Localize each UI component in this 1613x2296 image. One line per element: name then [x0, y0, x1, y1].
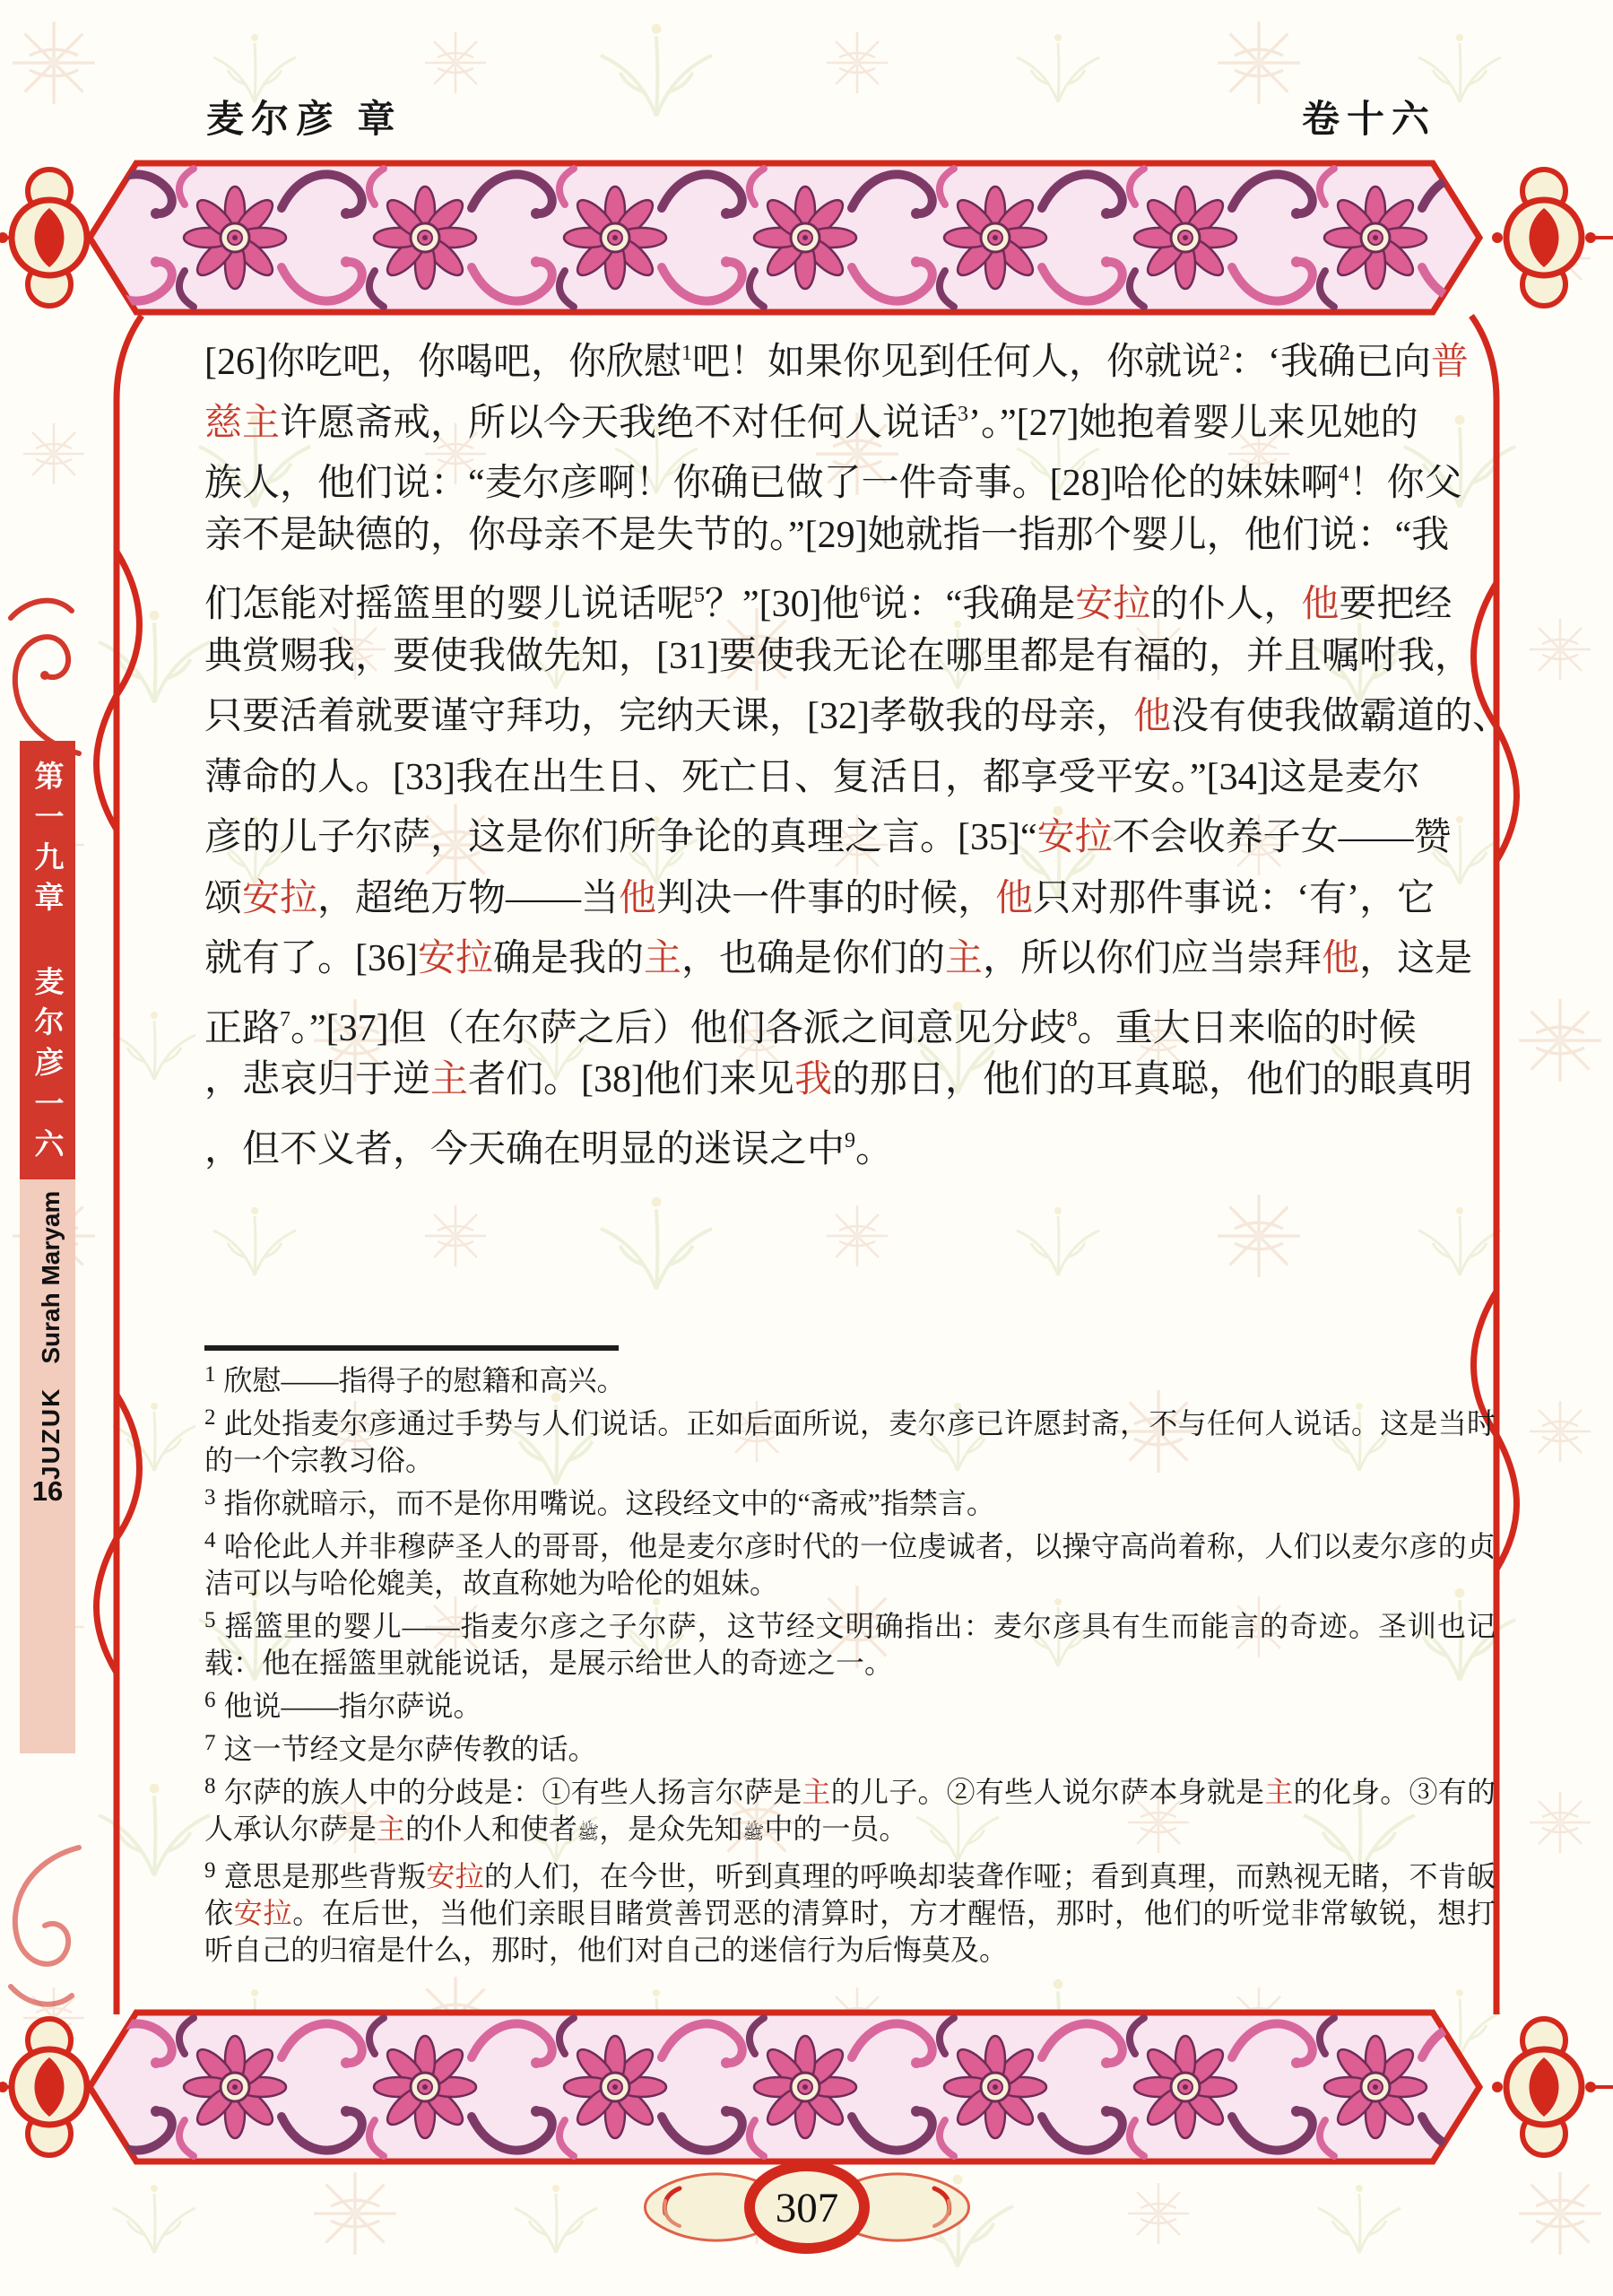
footnote-ref-sup: 2	[1219, 342, 1230, 365]
divine-name-text: 他	[1322, 938, 1359, 979]
divine-name-text: 安拉	[418, 938, 493, 979]
flower-icon	[1324, 187, 1427, 289]
divine-name-text: 安拉	[242, 878, 317, 919]
body-line: 亲不是缺德的，你母亲不是失节的。”[29]她就指一指那个婴儿，他们说：“我	[204, 506, 1499, 567]
footnote-item: 5摇篮里的婴儿——指麦尔彦之子尔萨，这节经文明确指出：麦尔彦具有生而能言的奇迹。…	[204, 1602, 1496, 1682]
sidebar-ornament-bottom-icon	[0, 1843, 90, 2022]
footnote-ref-sup: 4	[1339, 463, 1349, 486]
text-run: ，也确是你们的	[681, 938, 945, 979]
divine-name-text: 他	[1133, 696, 1171, 737]
honorific-icon: ﷺ	[742, 1823, 764, 1843]
text-run: 确是我的	[493, 938, 644, 979]
juz-title-vertical: 一六	[27, 1088, 69, 1169]
footnotes: 1欣慰——指得子的慰籍和高兴。2此处指麦尔彦通过手势与人们说话。正如后面所说，麦…	[204, 1356, 1496, 1969]
flower-icon	[184, 187, 286, 289]
divine-name-text: 安拉	[1075, 584, 1150, 625]
footnote-ref-sup: 7	[280, 1008, 291, 1031]
text-run: ，这是	[1359, 938, 1472, 979]
page-header-surah-title: 麦尔彦 章	[206, 90, 403, 143]
text-run: ：‘我确已向	[1230, 342, 1431, 383]
divine-name-text: 主	[430, 1059, 468, 1100]
text-run: 们怎能对摇篮里的婴儿说话呢	[204, 584, 694, 625]
divine-name-text: 主	[377, 1813, 405, 1845]
text-run: 的仆人，	[1150, 584, 1301, 625]
body-line: 颂安拉，超绝万物——当他判决一件事的时候，他只对那件事说：‘有’，它	[204, 869, 1499, 930]
honorific-icon: ﷺ	[577, 1823, 599, 1843]
bottom-ornament-band	[0, 2002, 1613, 2172]
footnote-number: 6	[204, 1688, 224, 1712]
divine-name-text: 安拉	[234, 1897, 293, 1929]
flower-icon	[1324, 2036, 1427, 2138]
text-run: ，超绝万物——当	[317, 878, 619, 919]
footnote-item: 6他说——指尔萨说。	[204, 1682, 1496, 1725]
text-run: ，是众先知	[599, 1813, 742, 1845]
divine-name-text: 主	[802, 1776, 830, 1808]
text-run: ！你父	[1349, 463, 1462, 504]
footnote-number: 5	[204, 1608, 224, 1632]
text-run: ？”[30]他	[705, 584, 860, 625]
body-line: 们怎能对摇篮里的婴儿说话呢5？”[30]他6说：“我确是安拉的仆人，他要把经	[204, 566, 1499, 627]
footnote-item: 2此处指麦尔彦通过手势与人们说话。正如后面所说，麦尔彦已许愿封斋，不与任何人说话…	[204, 1399, 1496, 1479]
body-line: 典赏赐我，要使我做先知，[31]要使我无论在哪里都是有福的，并且嘱咐我，	[204, 627, 1499, 688]
text-run: 不会收养子女——赞	[1113, 817, 1452, 858]
footnote-ref-sup: 1	[681, 342, 692, 365]
text-run: 哈伦此人并非穆萨圣人的哥哥，他是麦尔彦时代的一位虔诚者，以操守高尚着称，人们以麦…	[204, 1530, 1496, 1599]
chapter-title-vertical: 第一九章 麦尔彦	[27, 761, 69, 1087]
text-run: 说：“我确是	[871, 584, 1076, 625]
body-line: ，悲哀归于逆主者们。[38]他们来见我的那日，他们的耳真聪，他们的眼真明	[204, 1050, 1499, 1111]
text-run: 指你就暗示，而不是你用嘴说。这段经文中的“斋戒”指禁言。	[224, 1487, 995, 1519]
sidebar-ornament-top-icon	[0, 578, 90, 758]
text-run: 的那日，他们的耳真聪，他们的眼真明	[832, 1059, 1472, 1100]
flower-icon	[374, 2036, 476, 2138]
scripture-text: [26]你吃吧，你喝吧，你欣慰1吧！如果你见到任何人，你就说2：‘我确已向普慈主…	[204, 324, 1499, 1171]
sidebar-chapter-tab: 第一九章 麦尔彦 一六	[20, 741, 75, 1179]
flower-icon	[374, 187, 476, 289]
text-run: 意思是那些背叛	[224, 1860, 427, 1892]
page-number-cartouche: 307	[628, 2149, 986, 2266]
text-run: 正路	[204, 1008, 280, 1049]
juzuk-surah-label: JUZUKSurah Maryam	[33, 1184, 69, 1480]
footnote-number: 7	[204, 1731, 224, 1755]
divine-name-text: 安拉	[1037, 817, 1113, 858]
text-run: ，所以你们应当崇拜	[983, 938, 1322, 979]
flower-icon	[754, 187, 856, 289]
footnote-number: 3	[204, 1485, 224, 1509]
footnote-item: 7这一节经文是尔萨传教的话。	[204, 1725, 1496, 1768]
text-run: 的仆人和使者	[405, 1813, 577, 1845]
body-line: 慈主许愿斋戒，所以今天我绝不对任何人说话3’。”[27]她抱着婴儿来见她的	[204, 385, 1499, 446]
text-run: 的儿子。②有些人说尔萨本身就是	[831, 1776, 1265, 1808]
flower-icon	[564, 187, 666, 289]
juzuk-text: JUZUK	[37, 1387, 65, 1480]
juz-number: 16	[20, 1475, 75, 1508]
text-run: 彦的儿子尔萨，这是你们所争论的真理之言。[35]“	[204, 817, 1037, 858]
body-line: 就有了。[36]安拉确是我的主，也确是你们的主，所以你们应当崇拜他，这是	[204, 929, 1499, 990]
text-run: 者们。[38]他们来见	[468, 1059, 794, 1100]
text-run: 薄命的人。[33]我在出生日、死亡日、复活日，都享受平安。”[34]这是麦尔	[204, 757, 1420, 798]
text-run: 族人，他们说：“麦尔彦啊！你确已做了一件奇事。[28]哈伦的妹妹啊	[204, 463, 1339, 504]
text-run: 吧！如果你见到任何人，你就说	[692, 342, 1219, 383]
footnote-divider	[204, 1345, 619, 1351]
footnote-number: 8	[204, 1774, 224, 1798]
text-run: 这一节经文是尔萨传教的话。	[224, 1733, 597, 1765]
footnote-ref-sup: 8	[1067, 1008, 1078, 1031]
text-run: 欣慰——指得子的慰籍和高兴。	[224, 1364, 626, 1396]
text-run: 没有使我做霸道的、	[1171, 696, 1510, 737]
divine-name-text: 他	[1301, 584, 1339, 625]
page-number: 307	[776, 2185, 839, 2231]
footnote-ref-sup: 9	[845, 1129, 855, 1152]
footnote-item: 9意思是那些背叛安拉的人们，在今世，听到真理的呼唤却装聋作哑；看到真理，而熟视无…	[204, 1852, 1496, 1969]
body-line: [26]你吃吧，你喝吧，你欣慰1吧！如果你见到任何人，你就说2：‘我确已向普	[204, 324, 1499, 385]
footnote-item: 1欣慰——指得子的慰籍和高兴。	[204, 1356, 1496, 1399]
text-run: 。在后世，当他们亲眼目睹赏善罚恶的清算时，方才醒悟，那时，他们的听觉非常敏锐，想…	[204, 1897, 1496, 1966]
text-run: 许愿斋戒，所以今天我绝不对任何人说话	[280, 403, 958, 444]
divine-name-text: 普	[1431, 342, 1469, 383]
footnote-ref-sup: 3	[958, 403, 968, 426]
body-line: 族人，他们说：“麦尔彦啊！你确已做了一件奇事。[28]哈伦的妹妹啊4！你父	[204, 445, 1499, 506]
divine-name-text: 他	[619, 878, 656, 919]
text-run: 判决一件事的时候，	[656, 878, 995, 919]
flower-icon	[944, 2036, 1046, 2138]
divine-name-text: 慈主	[204, 403, 280, 444]
text-run: 只对那件事说：‘有’，它	[1033, 878, 1435, 919]
surah-name-text: Surah Maryam	[37, 1191, 65, 1364]
text-run: 典赏赐我，要使我做先知，[31]要使我无论在哪里都是有福的，并且嘱咐我，	[204, 636, 1472, 677]
text-run: 此处指麦尔彦通过手势与人们说话。正如后面所说，麦尔彦已许愿封斋，不与任何人说话。…	[204, 1407, 1496, 1476]
footnote-item: 8尔萨的族人中的分歧是：①有些人扬言尔萨是主的儿子。②有些人说尔萨本身就是主的化…	[204, 1768, 1496, 1852]
text-run: 。	[855, 1129, 893, 1170]
footnote-ref-sup: 5	[694, 584, 705, 607]
text-run: 。重大日来临的时候	[1078, 1008, 1417, 1049]
divine-name-text: 主	[1264, 1776, 1293, 1808]
flower-icon	[944, 187, 1046, 289]
body-line: ，但不义者，今天确在明显的迷误之中9。	[204, 1111, 1499, 1172]
text-run: 。”[37]但（在尔萨之后）他们各派之间意见分歧	[291, 1008, 1067, 1049]
footnote-number: 2	[204, 1405, 224, 1430]
text-run: 摇篮里的婴儿——指麦尔彦之子尔萨，这节经文明确指出：麦尔彦具有生而能言的奇迹。圣…	[204, 1610, 1496, 1679]
divine-name-text: 他	[995, 878, 1033, 919]
divine-name-text: 安拉	[426, 1860, 483, 1892]
text-run: 中的一员。	[764, 1813, 907, 1845]
footnote-number: 9	[204, 1858, 224, 1883]
top-ornament-band	[0, 152, 1613, 323]
text-run: 颂	[204, 878, 242, 919]
footnote-number: 1	[204, 1362, 224, 1387]
text-run: 他说——指尔萨说。	[224, 1690, 482, 1722]
divine-name-text: 主	[644, 938, 681, 979]
text-run: 只要活着就要谨守拜功，完纳天课，[32]孝敬我的母亲，	[204, 696, 1133, 737]
footnote-item: 4哈伦此人并非穆萨圣人的哥哥，他是麦尔彦时代的一位虔诚者，以操守高尚着称，人们以…	[204, 1522, 1496, 1602]
text-run: ’。”[27]她抱着婴儿来见她的	[968, 403, 1418, 444]
medallion-right-icon	[1492, 2019, 1596, 2155]
page-header-volume-title: 卷十六	[1302, 90, 1436, 143]
body-line: 彦的儿子尔萨，这是你们所争论的真理之言。[35]“安拉不会收养子女——赞	[204, 808, 1499, 869]
divine-name-text: 我	[794, 1059, 832, 1100]
text-run: ，悲哀归于逆	[204, 1059, 430, 1100]
text-run: [26]你吃吧，你喝吧，你欣慰	[204, 342, 681, 383]
text-run: 就有了。[36]	[204, 938, 418, 979]
flower-icon	[184, 2036, 286, 2138]
footnote-item: 3指你就暗示，而不是你用嘴说。这段经文中的“斋戒”指禁言。	[204, 1479, 1496, 1522]
flower-icon	[754, 2036, 856, 2138]
flower-icon	[564, 2036, 666, 2138]
flower-icon	[1134, 187, 1236, 289]
divine-name-text: 主	[945, 938, 983, 979]
footnote-number: 4	[204, 1528, 224, 1552]
footnote-ref-sup: 6	[860, 584, 871, 607]
text-run: 要把经	[1339, 584, 1452, 625]
book-page: 麦尔彦 章 卷十六 [26]你吃吧，你喝吧，你欣慰1吧！如果你见到任何人，你就说…	[0, 0, 1613, 2296]
text-run: ，但不义者，今天确在明显的迷误之中	[204, 1129, 845, 1170]
text-run: 亲不是缺德的，你母亲不是失节的。”[29]她就指一指那个婴儿，他们说：“我	[204, 515, 1449, 556]
body-line: 只要活着就要谨守拜功，完纳天课，[32]孝敬我的母亲，他没有使我做霸道的、	[204, 687, 1499, 748]
flower-icon	[1134, 2036, 1236, 2138]
medallion-right-icon	[1492, 170, 1596, 306]
text-run: 尔萨的族人中的分歧是：①有些人扬言尔萨是	[224, 1776, 802, 1808]
body-line: 薄命的人。[33]我在出生日、死亡日、复活日，都享受平安。”[34]这是麦尔	[204, 748, 1499, 809]
body-line: 正路7。”[37]但（在尔萨之后）他们各派之间意见分歧8。重大日来临的时候	[204, 990, 1499, 1051]
